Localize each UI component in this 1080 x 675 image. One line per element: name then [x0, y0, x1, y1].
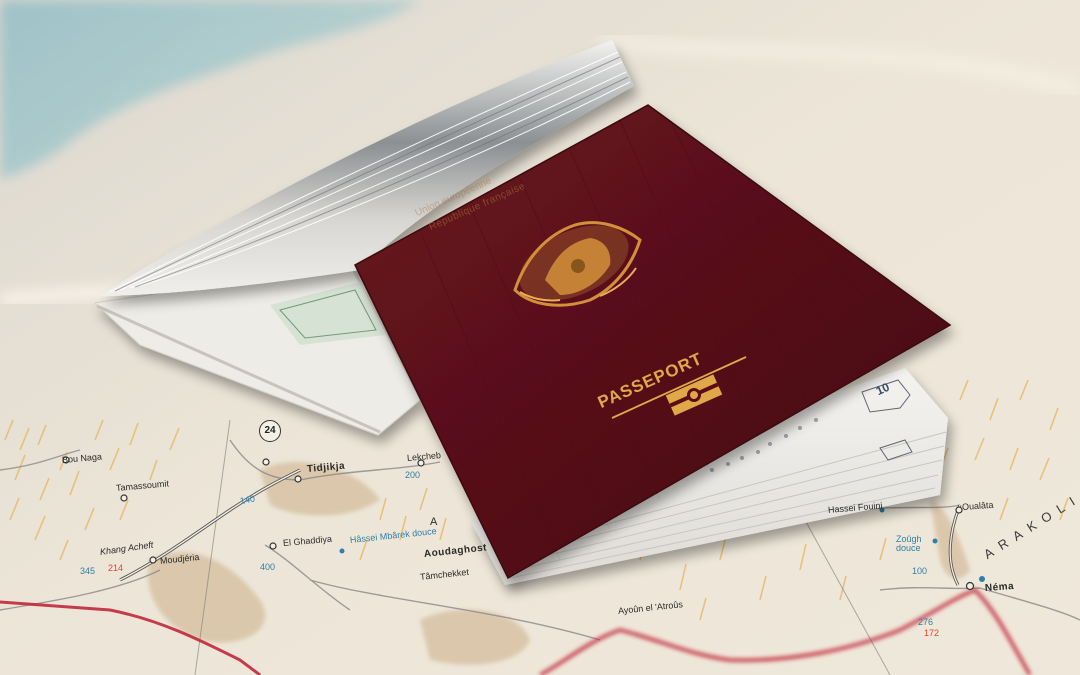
elevation-label: 214	[108, 563, 123, 573]
elevation-label: 400	[260, 562, 275, 572]
map-label: Néma	[985, 581, 1015, 594]
elevation-label: 200	[405, 470, 420, 480]
map-label: Zoûgh douce	[896, 535, 936, 553]
elevation-label: 345	[80, 566, 95, 576]
route-badge: 24	[259, 420, 281, 442]
elevation-label: 172	[924, 628, 939, 638]
elevation-label: 100	[912, 566, 927, 576]
map-region-label: A	[430, 516, 437, 528]
elevation-label: 276	[918, 617, 933, 627]
